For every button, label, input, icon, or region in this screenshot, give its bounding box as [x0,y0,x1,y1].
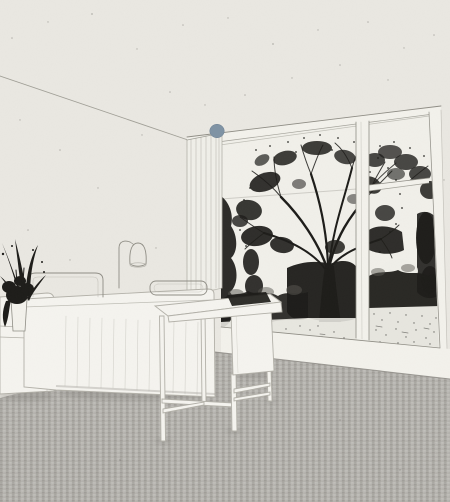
room-rendering [0,0,450,502]
print-grain-overlay [0,0,450,502]
screenshot-stage [0,0,450,502]
